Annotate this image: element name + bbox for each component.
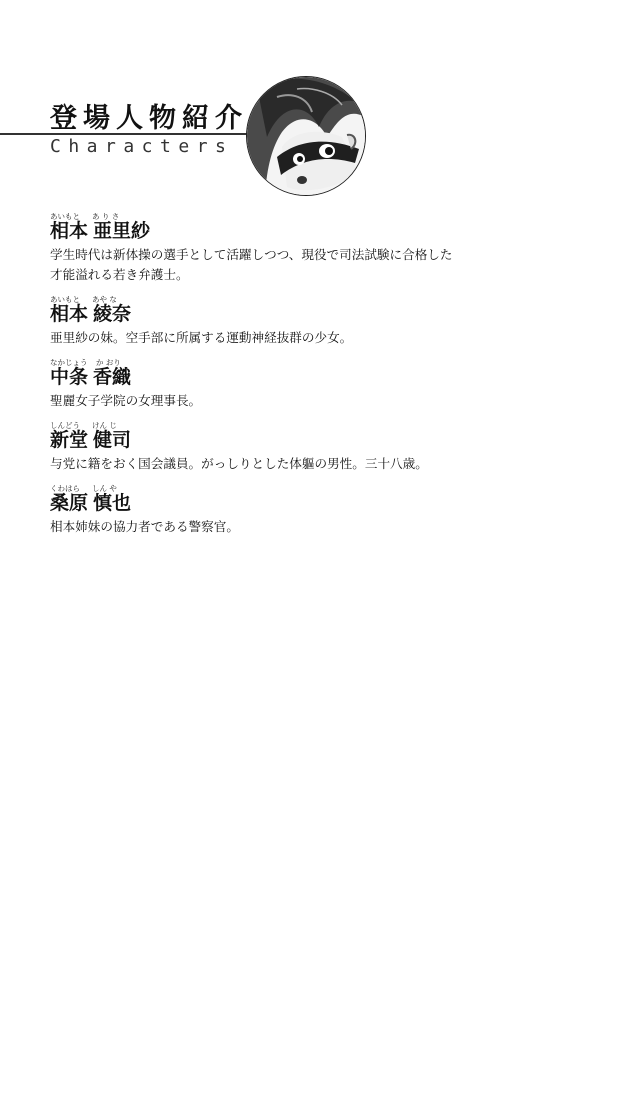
character-name: 新堂健司	[50, 430, 570, 451]
character-entry: しんどうけん じ 新堂健司 与党に籍をおく国会議員。がっしりとした体軀の男性。三…	[50, 421, 570, 474]
description-line: 学生時代は新体操の選手として活躍しつつ、現役で司法試験に合格した	[50, 245, 570, 265]
portrait-illustration-icon	[247, 77, 365, 195]
header-divider	[0, 133, 250, 135]
character-name: 相本綾奈	[50, 304, 570, 325]
given-name: 亜里紗	[93, 220, 150, 242]
character-name: 中条香織	[50, 367, 570, 388]
character-description: 亜里紗の妹。空手部に所属する運動神経抜群の少女。	[50, 328, 570, 348]
character-list: あいもとあ り さ 相本亜里紗 学生時代は新体操の選手として活躍しつつ、現役で司…	[50, 212, 570, 547]
page-subtitle: Characters	[50, 136, 233, 157]
character-description: 聖麗女子学院の女理事長。	[50, 391, 570, 411]
character-description: 与党に籍をおく国会議員。がっしりとした体軀の男性。三十八歳。	[50, 454, 570, 474]
description-line: 相本姉妹の協力者である警察官。	[50, 517, 570, 537]
description-line: 与党に籍をおく国会議員。がっしりとした体軀の男性。三十八歳。	[50, 454, 570, 474]
page-title: 登場人物紹介	[50, 96, 248, 135]
description-line: 才能溢れる若き弁護士。	[50, 265, 570, 285]
character-entry: なかじょうか おり 中条香織 聖麗女子学院の女理事長。	[50, 358, 570, 411]
family-name: 中条	[50, 366, 88, 388]
character-description: 学生時代は新体操の選手として活躍しつつ、現役で司法試験に合格した 才能溢れる若き…	[50, 245, 570, 285]
description-line: 亜里紗の妹。空手部に所属する運動神経抜群の少女。	[50, 328, 570, 348]
character-portrait	[246, 76, 366, 196]
character-name: 桑原慎也	[50, 493, 570, 514]
family-name: 相本	[50, 220, 88, 242]
character-description: 相本姉妹の協力者である警察官。	[50, 517, 570, 537]
family-name: 相本	[50, 303, 88, 325]
given-name: 慎也	[93, 492, 131, 514]
description-line: 聖麗女子学院の女理事長。	[50, 391, 570, 411]
given-name: 香織	[93, 366, 131, 388]
character-entry: あいもとあ り さ 相本亜里紗 学生時代は新体操の選手として活躍しつつ、現役で司…	[50, 212, 570, 285]
character-entry: あいもとあや な 相本綾奈 亜里紗の妹。空手部に所属する運動神経抜群の少女。	[50, 295, 570, 348]
given-name: 健司	[93, 429, 131, 451]
family-name: 桑原	[50, 492, 88, 514]
character-entry: くわはらしん や 桑原慎也 相本姉妹の協力者である警察官。	[50, 484, 570, 537]
family-name: 新堂	[50, 429, 88, 451]
given-name: 綾奈	[93, 303, 131, 325]
character-name: 相本亜里紗	[50, 221, 570, 242]
